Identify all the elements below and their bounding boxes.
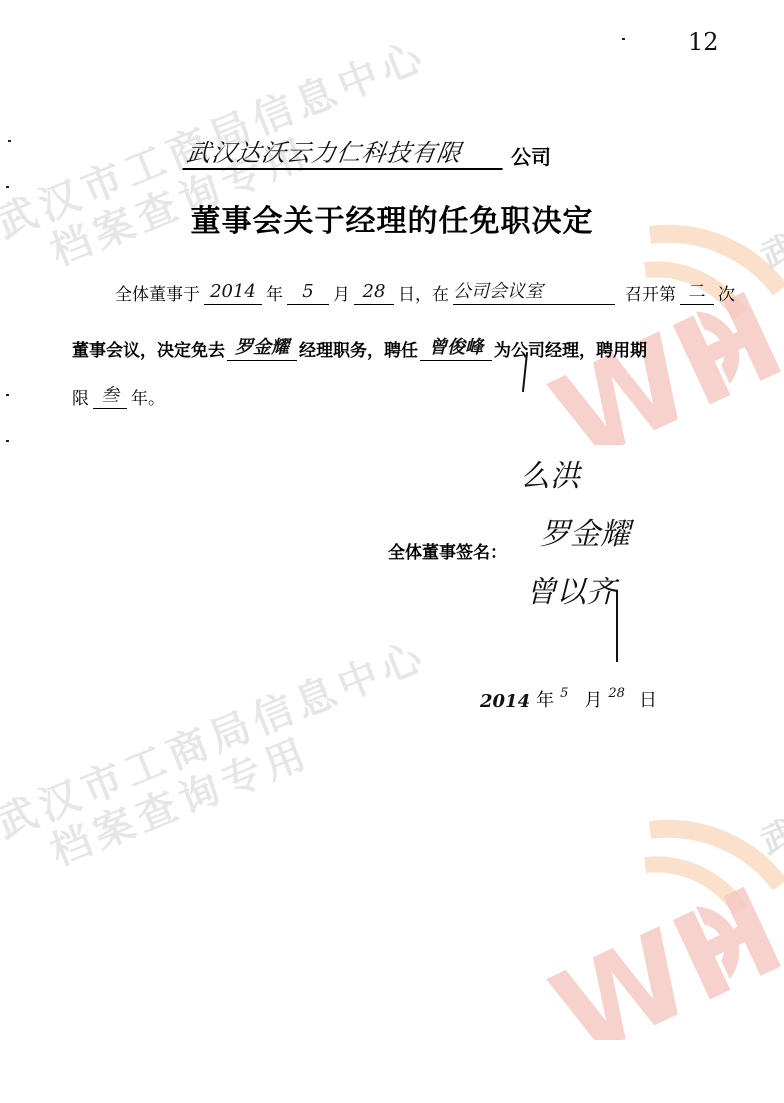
appointment-suffix: 为公司经理，聘用期 [494,336,647,361]
date-year: 2014 [480,691,530,712]
watermark-text-bottom: 武汉市工商局信息中心 档案查询专用 [0,633,451,891]
term-years-field: 叁 [93,384,127,409]
body-line-3: 限 叁 年。 [72,384,165,409]
signature-stroke [616,590,618,662]
date-year-unit: 年 [536,686,554,712]
meeting-year-field: 2014 [204,280,262,305]
company-suffix: 公司 [511,141,551,170]
whd-logo-icon: WH [500,810,784,1040]
session-number-field: 二 [680,280,714,305]
date-day: 28 [608,686,625,701]
date-month: 5 [560,686,568,701]
meeting-day-field: 28 [354,280,394,305]
svg-text:WH: WH [533,862,784,1040]
scan-speck [622,38,625,40]
company-header: 武汉达沃云力仁科技有限 公司 [185,130,551,170]
signature-1: 么洪 [520,462,580,492]
term-suffix: 年。 [131,384,165,409]
body-line-1: 全体董事于 2014 年 5 月 28 日，在 公司会议室 召开第 二 次 [115,280,735,305]
scan-speck [6,440,9,442]
body-line-2: 董事会议，决定免去 罗金耀 经理职务，聘任 曾俊峰 为公司经理，聘用期 [72,336,647,361]
appointment-intro: 经理职务，聘任 [299,336,418,361]
signing-date: 2014 年 5 月 28 日 [480,686,657,712]
day-unit: 日，在 [398,280,449,305]
page-number: 12 [688,28,719,56]
session-unit: 次 [718,280,735,305]
whd-logo-icon: WH [500,215,784,445]
scan-speck [8,140,11,142]
year-unit: 年 [266,280,283,305]
document-title: 董事会关于经理的任免职决定 [0,196,784,240]
date-day-unit: 日 [639,686,657,712]
watermark-logo-bottom: WH [500,810,784,1040]
month-unit: 月 [333,280,350,305]
term-intro: 限 [72,384,89,409]
meeting-intro: 全体董事于 [115,280,200,305]
date-month-unit: 月 [584,686,602,712]
appointed-name-field: 曾俊峰 [420,336,492,361]
meeting-location-field: 公司会议室 [453,280,615,305]
signature-2: 罗金耀 [540,520,630,550]
scan-speck [6,186,9,188]
signatures-label: 全体董事签名： [388,538,507,563]
dismissed-name-field: 罗金耀 [227,336,297,361]
dismissal-intro: 董事会议，决定免去 [72,336,225,361]
meeting-convened-text: 召开第 [625,280,676,305]
company-name-handwritten: 武汉达沃云力仁科技有限 [182,133,507,170]
scan-speck [6,394,9,396]
watermark-logo-top: WH [500,215,784,445]
meeting-month-field: 5 [287,280,329,305]
signature-3: 曾以齐 [526,578,616,608]
